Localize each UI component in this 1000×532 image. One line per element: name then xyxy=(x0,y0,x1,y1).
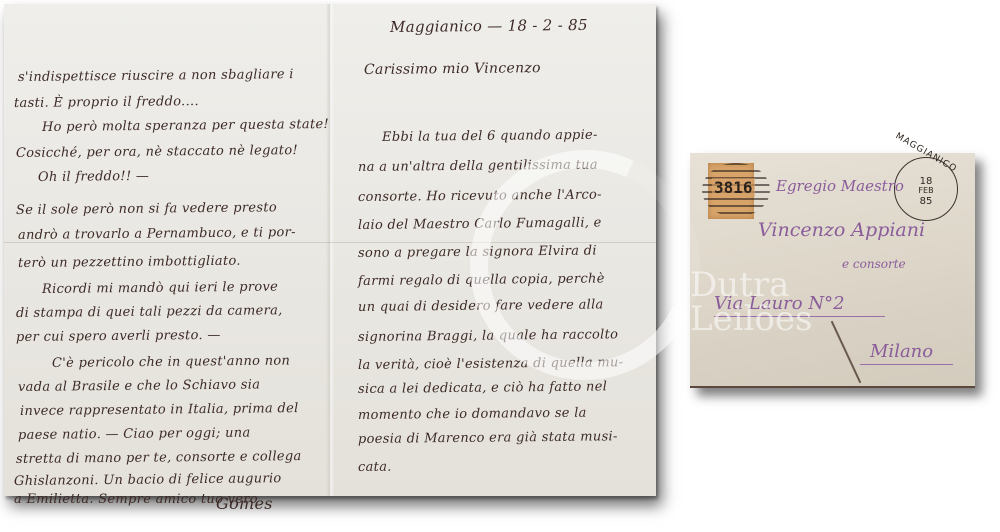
letter-line: Oh il freddo!! — xyxy=(38,169,149,185)
letter-line: invece rappresentato in Italia, prima de… xyxy=(20,401,299,419)
letter-line: un quai di desidero fare vedere alla xyxy=(358,297,604,315)
letter-line: stretta di mano per te, consorte e colle… xyxy=(16,449,302,467)
letter-place-date: Maggianico — 18 - 2 - 85 xyxy=(390,16,588,36)
letter-salutation: Carissimo mio Vincenzo xyxy=(364,60,541,78)
letter-line: Ghislanzoni. Un bacio di felice augurio xyxy=(14,471,282,489)
letter-line: laio del Maestro Carlo Fumagalli, e xyxy=(358,215,602,233)
envelope: 3816 MAGGIANICO 18 FEB 85 Egregio Maestr… xyxy=(690,153,975,388)
letter-line: momento che io domandavo se la xyxy=(358,406,587,423)
letter-left-page: s'indispettisce riuscire a non sbagliare… xyxy=(4,4,326,496)
postmark-month: FEB xyxy=(895,186,957,195)
letter-line: consorte. Ho ricevuto anche l'Arco- xyxy=(358,187,602,205)
letter-line: farmi regalo di quella copia, perchè xyxy=(358,271,605,289)
cancellation-number: 3816 xyxy=(712,178,755,197)
letter-line: sica a lei dedicata, e ciò ha fatto nel xyxy=(358,379,607,397)
letter-line: Se il sole però non si fa vedere presto xyxy=(16,200,277,218)
letter-line: terò un pezzettino imbottigliato. xyxy=(18,254,241,271)
letter-line: la verità, cioè l'esistenza di quella mu… xyxy=(358,355,623,373)
letter-line: signorina Braggi, la quale ha raccolto xyxy=(358,327,618,345)
letter-line: di stampa di quei tali pezzi da camera, xyxy=(16,303,283,321)
address-line: Milano xyxy=(860,341,953,365)
letter-line: Ho però molta speranza per questa state! xyxy=(42,117,329,135)
letter-sheet: s'indispettisce riuscire a non sbagliare… xyxy=(4,4,656,496)
envelope-tear xyxy=(831,321,862,383)
letter-line: C'è pericolo che in quest'anno non xyxy=(52,354,290,371)
letter-line: Cosicché, per ora, nè staccato nè legato… xyxy=(16,143,298,161)
letter-line: s'indispettisce riuscire a non sbagliare… xyxy=(18,67,294,85)
letter-line: vada al Brasile e che lo Schiavo sia xyxy=(18,377,260,395)
letter-line: per cui spero averli presto. — xyxy=(16,328,221,345)
photo-scene: s'indispettisce riuscire a non sbagliare… xyxy=(0,0,1000,532)
letter-line: na a un'altra della gentilissima tua xyxy=(358,157,598,175)
address-line: Vincenzo Appiani xyxy=(758,219,925,241)
letter-line: Ebbi la tua del 6 quando appie- xyxy=(382,128,598,145)
letter-fold xyxy=(326,4,334,496)
postmark-year: 85 xyxy=(895,196,957,207)
letter-line: paese natio. — Ciao per oggi; una xyxy=(18,426,251,443)
letter-line: Ricordi mi mandò qui ieri le prove xyxy=(42,280,278,297)
address-line: Via Lauro N°2 xyxy=(714,293,885,317)
letter-signature: Gomes xyxy=(216,494,273,513)
letter-line: andrò a trovarlo a Pernambuco, e ti por- xyxy=(18,225,296,243)
letter-line: sono a pregare la signora Elvira di xyxy=(358,243,597,260)
letter-line: tasti. È proprio il freddo.... xyxy=(14,94,199,111)
letter-line: poesia di Marenco era già stata musi- xyxy=(358,429,618,447)
letter-line: cata. xyxy=(358,460,392,475)
letter-right-page: Maggianico — 18 - 2 - 85 Carissimo mio V… xyxy=(334,4,656,496)
postmark-town: MAGGIANICO xyxy=(893,131,959,175)
address-line: Egregio Maestro xyxy=(776,177,904,195)
address-line: e consorte xyxy=(842,257,906,271)
